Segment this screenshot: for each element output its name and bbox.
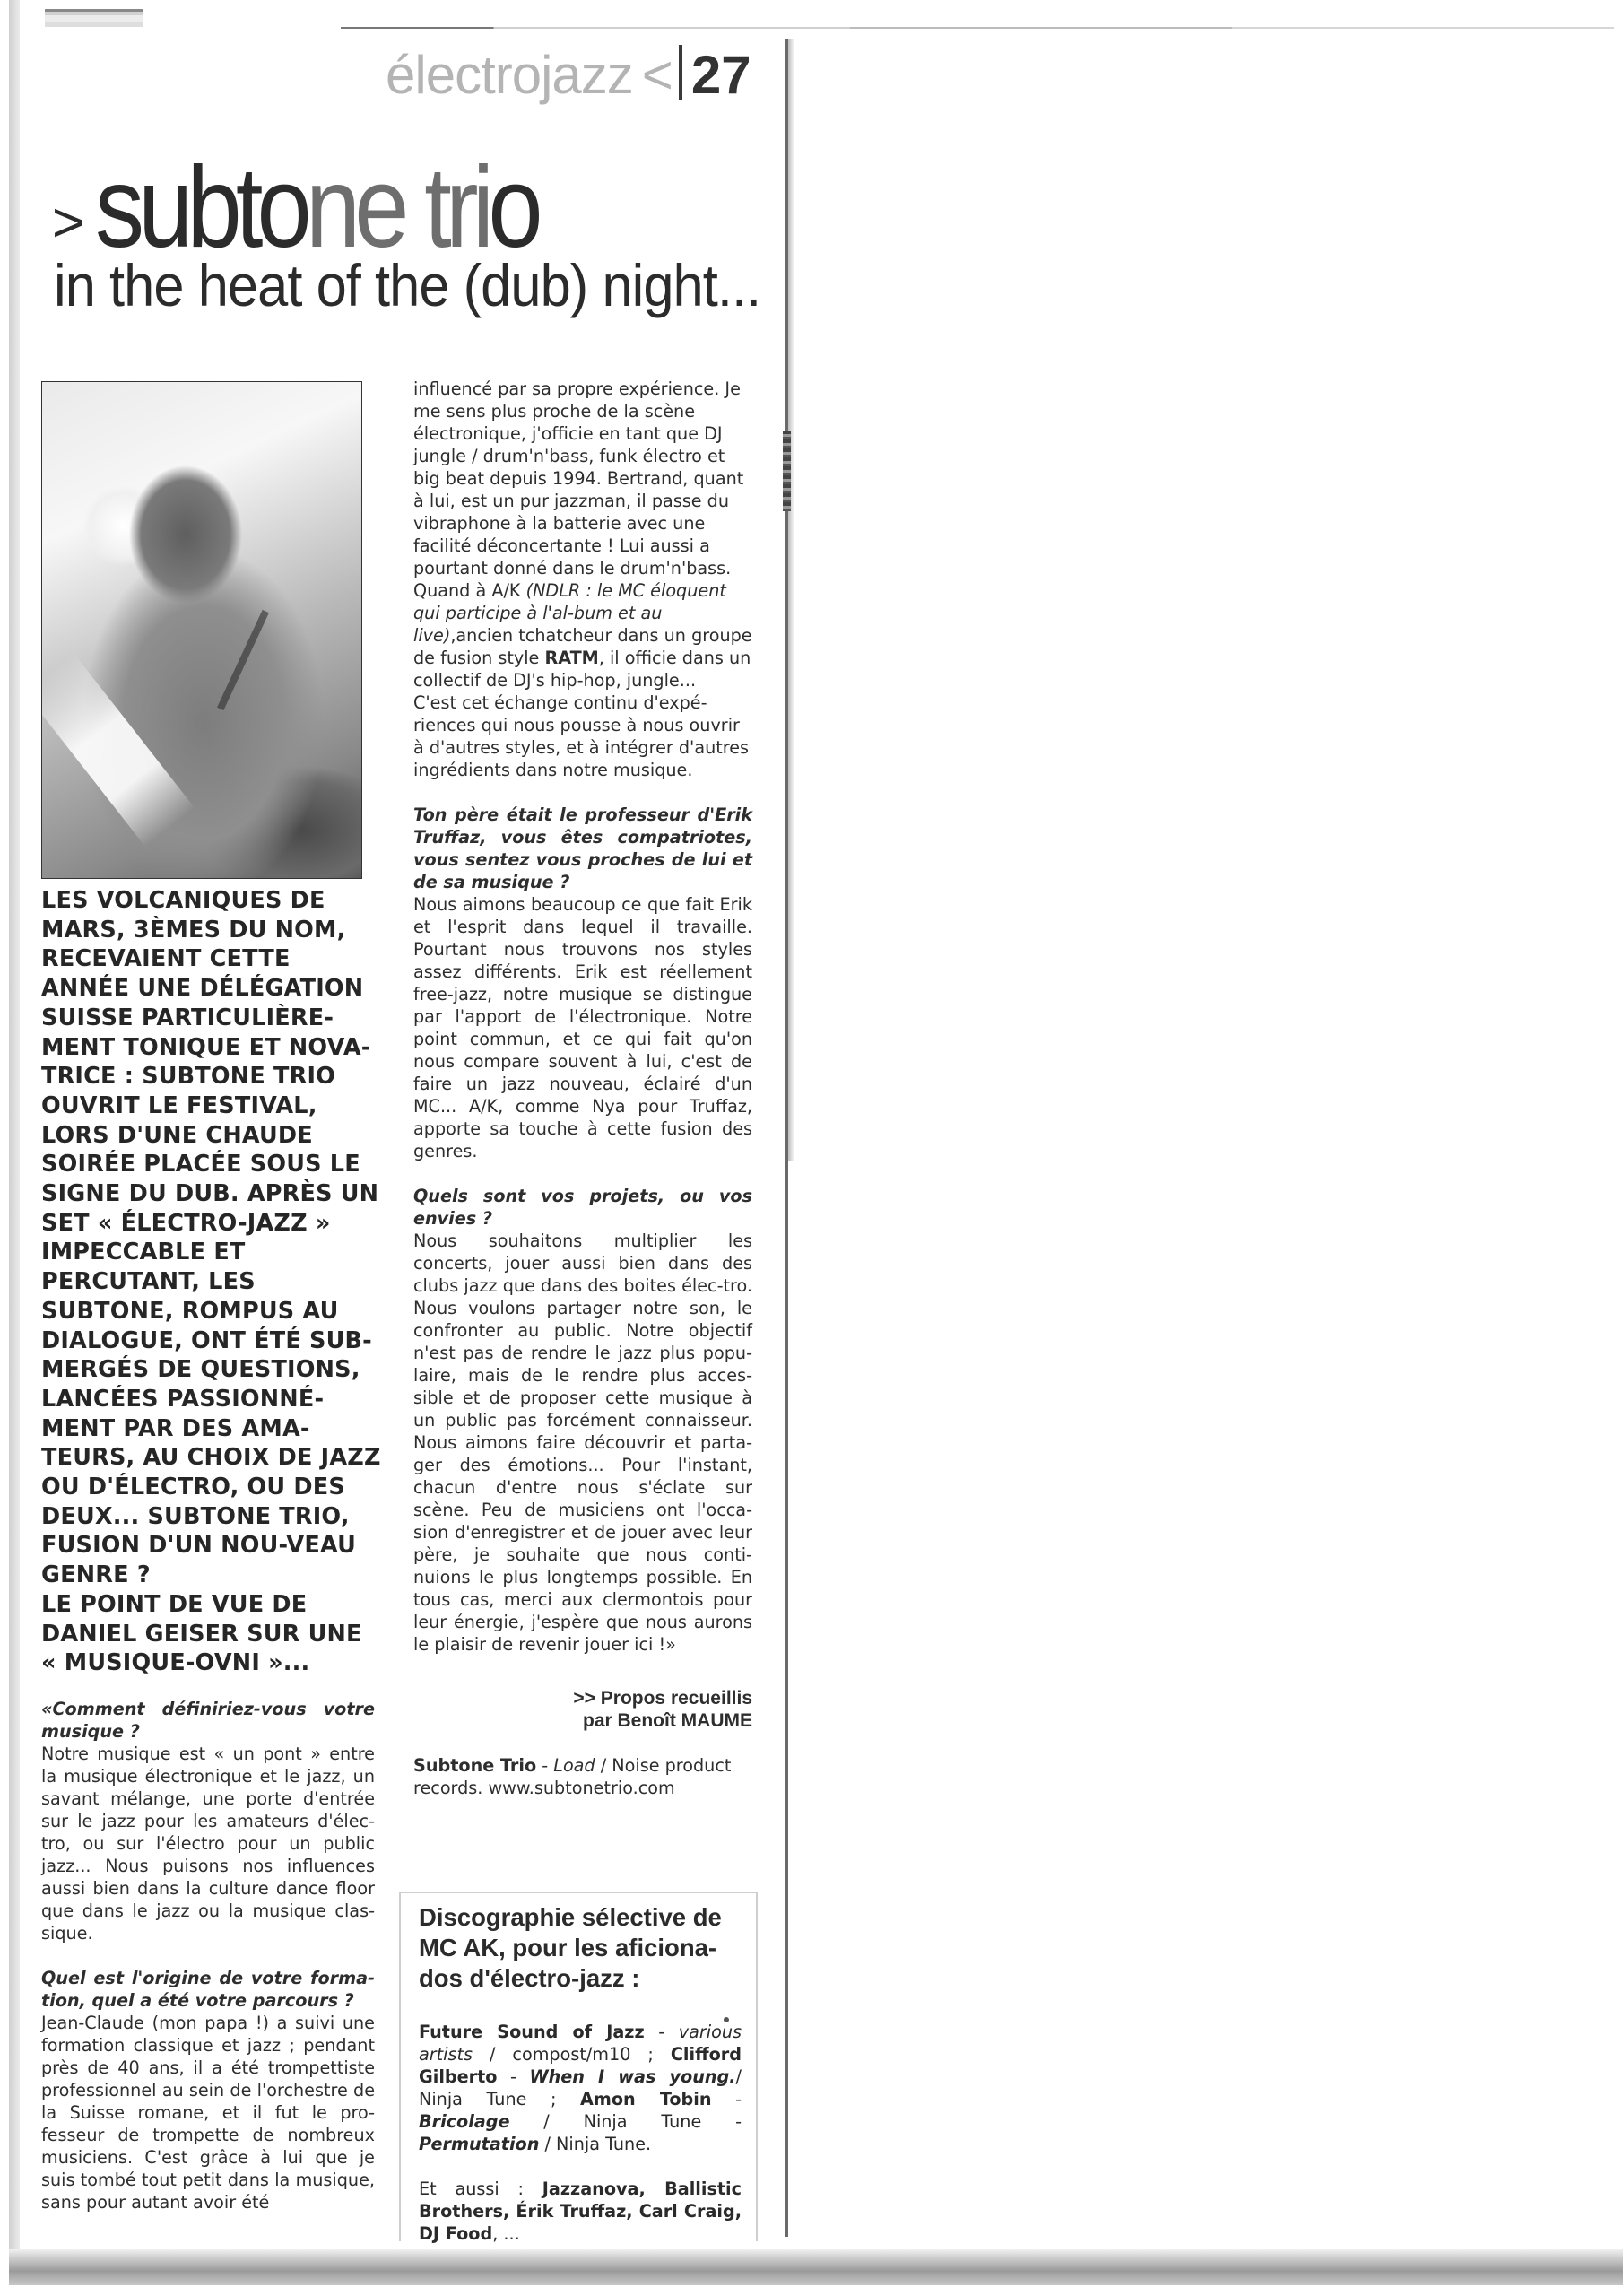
disco-sep: -	[712, 2089, 742, 2109]
top-rule	[341, 27, 1614, 29]
also-label: Et aussi :	[419, 2179, 542, 2199]
disco-label: / Ninja Tune -	[510, 2111, 742, 2132]
page-number: 27	[691, 44, 751, 106]
disco-sep: -	[645, 2022, 679, 2042]
band-reference: RATM	[544, 648, 598, 668]
photo-light-flare	[41, 653, 195, 847]
disco-title: When I was young.	[529, 2066, 735, 2087]
album-credit: Subtone Trio - Load / Noise product reco…	[413, 1754, 752, 1799]
disco-title: Permutation	[419, 2134, 539, 2154]
interview-column-right: influencé par sa propre expérience. Je m…	[413, 378, 752, 1799]
answer-1: Notre musique est « un pont » entre la m…	[41, 1743, 375, 1944]
discography-also: Et aussi : Jazzanova, Ballistic Brothers…	[419, 2178, 742, 2245]
scan-bottom-edge	[9, 2249, 1623, 2285]
credit-sep: -	[536, 1755, 553, 1776]
article-lede: Les volcaniques de Mars, 3èmes du nom, r…	[41, 886, 382, 1678]
article-photo	[41, 381, 362, 879]
section-header: électrojazz < 27	[386, 34, 753, 106]
answer-3: Nous aimons beaucoup ce que fait Erik et…	[413, 893, 752, 1162]
credit-artist: Subtone Trio	[413, 1755, 536, 1776]
disco-title: Bricolage	[419, 2111, 510, 2132]
lede-text-2: Le point de vue de Daniel Geiser sur une…	[41, 1590, 382, 1678]
disco-artist: Future Sound of Jazz	[419, 2022, 645, 2042]
article-title: >subtone trio	[52, 142, 787, 258]
also-tail: , ...	[492, 2223, 520, 2244]
discography-list: Future Sound of Jazz - various artists /…	[419, 2021, 742, 2155]
scan-smudge	[45, 9, 143, 27]
disco-label: / compost/m10 ;	[473, 2044, 671, 2065]
question-3: Ton père était le professeur d'Erik Truf…	[413, 804, 752, 893]
discography-box: Discographie sélective de MC AK, pour le…	[399, 1892, 758, 2241]
answer-2-end: C'est cet échange continu d'expé-riences…	[413, 691, 752, 781]
interview-column-left: «Comment définiriez-vous votre musique ?…	[41, 1698, 375, 2213]
question-4: Quels sont vos projets, ou vos envies ?	[413, 1185, 752, 1230]
disco-artist: Amon Tobin	[580, 2089, 712, 2109]
question-2: Quel est l'origine de votre forma-tion, …	[41, 1967, 375, 2012]
answer-4: Nous souhaitons multiplier les concerts,…	[413, 1230, 752, 1656]
disco-sep: -	[497, 2066, 529, 2087]
byline-1: >> Propos recueillis	[413, 1687, 752, 1709]
answer-2: Jean-Claude (mon papa !) a suivi une for…	[41, 2012, 375, 2213]
header-divider	[679, 45, 682, 100]
disco-label: / Ninja Tune.	[539, 2134, 651, 2154]
speck	[724, 2017, 729, 2022]
page-fold-shadow	[788, 39, 794, 1161]
page-edge-rule	[785, 39, 788, 2237]
scan-edge-shadow	[9, 0, 20, 2260]
byline-2: par Benoît MAUME	[413, 1709, 752, 1732]
discography-heading: Discographie sélective de MC AK, pour le…	[419, 1902, 742, 1994]
section-name: électrojazz	[386, 44, 633, 106]
credit-album: Load	[553, 1755, 595, 1776]
article-subtitle: in the heat of the (dub) night...	[54, 251, 721, 319]
answer-2-continued: influencé par sa propre expérience. Je m…	[413, 378, 752, 691]
lede-text: Les volcaniques de Mars, 3èmes du nom, r…	[41, 886, 382, 1590]
title-chevron: >	[52, 192, 84, 254]
answer-text: influencé par sa propre expérience. Je m…	[413, 378, 743, 601]
photo-detail	[217, 610, 269, 710]
section-arrow: <	[642, 44, 673, 106]
question-1: «Comment définiriez-vous votre musique ?	[41, 1698, 375, 1743]
scan-smear	[783, 430, 791, 511]
